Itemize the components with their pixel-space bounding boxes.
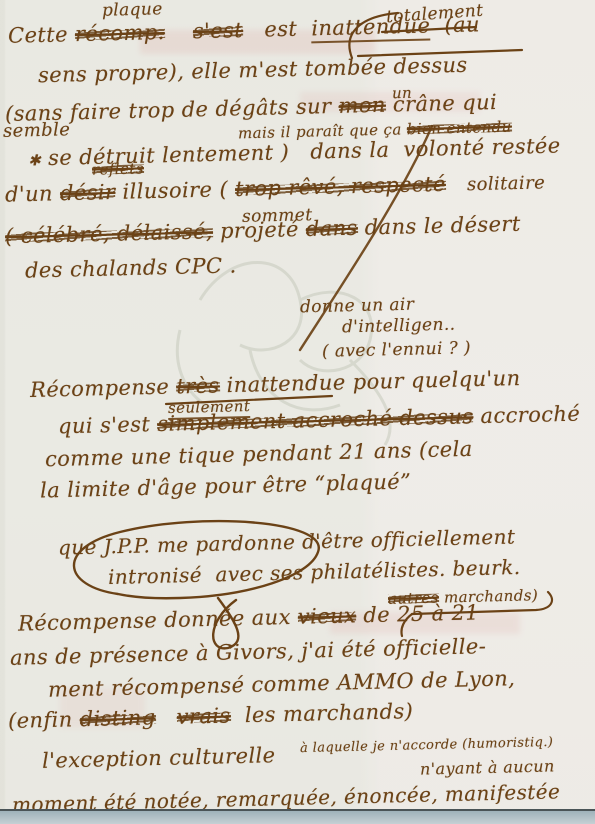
word: qui s'est (58, 412, 151, 438)
word: pour quelqu'un (352, 366, 520, 394)
struck-word: récomp. (75, 20, 165, 46)
handwriting-line-10: qui s'est simplement accroché dessus acc… (58, 402, 581, 439)
word: avec ses philatélistes. beurk. (215, 555, 521, 586)
superscript-note-line-1: à laquelle je n'accorde (humoristiq.) (300, 735, 554, 756)
circled-word: intronisé (108, 563, 202, 589)
margin-note-line-2: d'intelligen.. (342, 315, 456, 338)
insertion-above-line: un (392, 84, 413, 102)
word: dans le désert (364, 212, 520, 240)
handwriting-line-19: l'exception culturelle (42, 743, 276, 773)
struck-word: vrais (176, 704, 230, 729)
insertion-above-line: seulement (168, 397, 251, 420)
word: volonté restée (403, 133, 561, 161)
handwriting-line-8: des chalands CPC . (25, 253, 237, 282)
word: marchands) (444, 586, 539, 606)
asterisk-mark: ✱ (28, 151, 41, 169)
margin-word-semble: semble (3, 119, 71, 142)
margin-note-line-3: ( avec l'ennui ? ) (322, 338, 471, 362)
word: se détruit lentement ) (48, 140, 290, 170)
struck-word: dans (306, 216, 358, 241)
scan-bottom-edge (0, 809, 595, 824)
word: Cette (8, 22, 68, 47)
word: Récompense donnée aux (18, 605, 291, 636)
struck-words: trop rêvé, respecté (235, 172, 446, 201)
insertion-above-line: autres marchands) (388, 586, 539, 608)
word: d'un (5, 181, 53, 206)
word: accroché (480, 402, 580, 428)
handwriting-line-13: que J.P.P. me pardonne d'être officielle… (58, 524, 516, 559)
struck-interlinear-word: reflets (92, 159, 144, 178)
handwriting-line-17: ment récompensé comme AMMO de Lyon, (48, 666, 516, 701)
insertion-above-line: plaque (102, 0, 163, 21)
margin-note-line-1: donne un air (300, 295, 415, 318)
struck-word: désir (60, 180, 116, 205)
handwriting-line-7: ( célébré, délaissé, projeté dans dans l… (5, 212, 521, 249)
struck-word: disting (79, 705, 155, 731)
struck-word: vieux (298, 603, 357, 628)
handwriting-line-2: sens propre), elle m'est tombée dessus (38, 53, 468, 87)
word: Récompense (30, 375, 170, 402)
word: solitaire (467, 172, 546, 195)
word: dans la (310, 138, 390, 164)
word: les marchands) (245, 699, 414, 727)
underlined-word: inattendue (226, 370, 346, 397)
struck-word: très (176, 373, 220, 398)
word: (enfin (8, 707, 73, 733)
struck-words: ( célébré, délaissé, (5, 219, 213, 248)
word: illusoire ( (122, 177, 228, 204)
handwriting-line-16: ans de présence à Givors, j'ai été offic… (10, 634, 487, 670)
manuscript-page: Cette récomp. s'est est inattendue (au p… (0, 0, 595, 824)
handwriting-line-11: comme une tique pendant 21 ans (cela (45, 437, 473, 471)
superscript-note-line-2: n'ayant à aucun (420, 756, 555, 778)
struck-word: autres (388, 589, 439, 608)
handwriting-line-9: Récompense très inattendue pour quelqu'u… (30, 366, 521, 402)
struck-word: mon (338, 93, 386, 118)
word: projeté (220, 217, 299, 243)
handwriting-line-12: la limite d'âge pour être “plaqué” (40, 469, 412, 502)
handwriting-line-6: d'un désir illusoire ( trop rêvé, respec… (5, 169, 546, 206)
word: est (264, 17, 297, 42)
struck-word: s'est (193, 18, 244, 43)
handwriting-line-14: intronisé avec ses philatélistes. beurk. (108, 555, 521, 589)
